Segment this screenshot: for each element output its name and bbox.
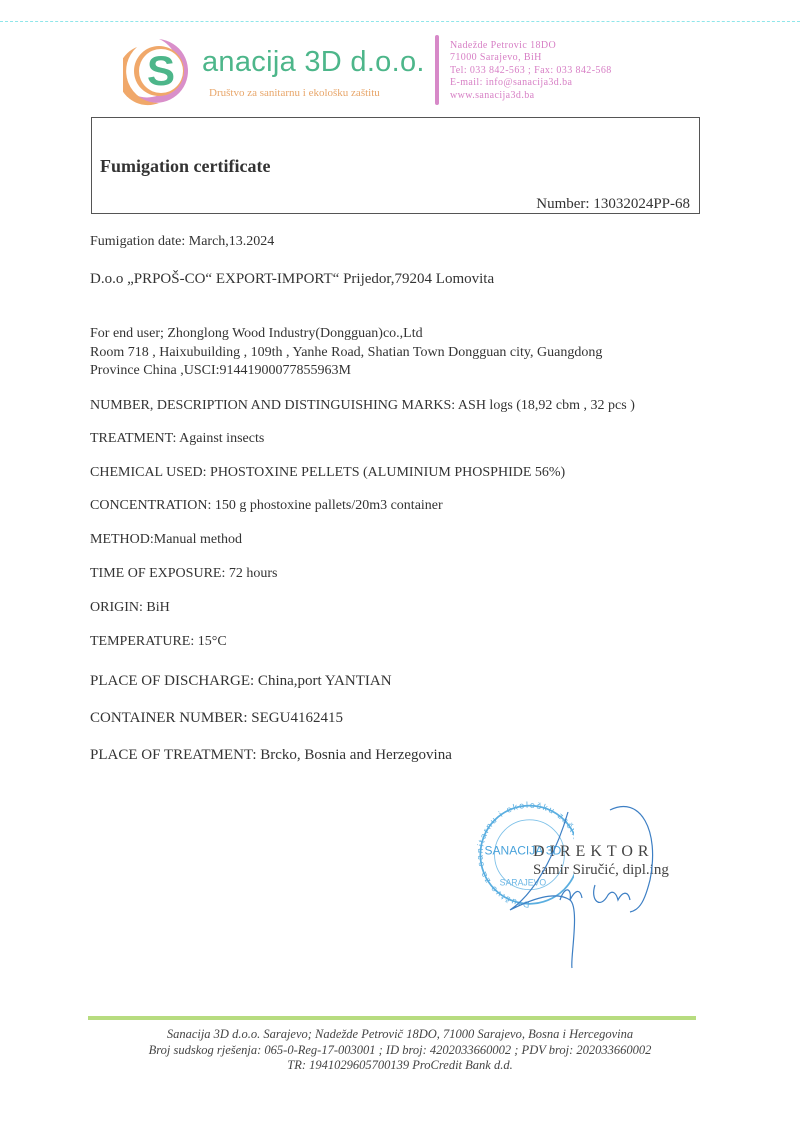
origin: ORIGIN: BiH <box>90 600 170 616</box>
concentration: CONCENTRATION: 150 g phostoxine pallets/… <box>90 498 443 514</box>
distinguishing-marks: NUMBER, DESCRIPTION AND DISTINGUISHING M… <box>90 398 635 414</box>
footer-bank: TR: 1941029605700139 ProCredit Bank d.d. <box>80 1058 720 1074</box>
exporter: D.o.o „PRPOŠ-CO“ EXPORT-IMPORT“ Prijedor… <box>90 271 494 288</box>
treatment: TREATMENT: Against insects <box>90 431 264 447</box>
contact-email[interactable]: E-mail: info@sanacija3d.ba <box>450 77 612 89</box>
contact-divider <box>435 35 439 105</box>
certificate-header-box: Fumigation certificate Number: 13032024P… <box>91 117 700 214</box>
place-of-treatment: PLACE OF TREATMENT: Brcko, Bosnia and He… <box>90 747 452 764</box>
footer-divider <box>88 1016 696 1020</box>
footer-registration: Broj sudskog rješenja: 065-0-Reg-17-0030… <box>80 1043 720 1059</box>
end-user-name: For end user; Zhonglong Wood Industry(Do… <box>90 325 602 344</box>
svg-text:S: S <box>147 47 175 94</box>
company-tagline: Društvo za sanitarnu i ekološku zaštitu <box>209 87 380 99</box>
contact-phone: Tel: 033 842-563 ; Fax: 033 842-568 <box>450 65 612 77</box>
signatory-title: DIREKTOR <box>533 843 654 861</box>
contact-address: Nadežde Petrovic 18DO <box>450 40 612 52</box>
chemical-used: CHEMICAL USED: PHOSTOXINE PELLETS (ALUMI… <box>90 465 565 481</box>
signatory-name: Samir Siručić, dipl.ing <box>533 862 669 879</box>
container-number: CONTAINER NUMBER: SEGU4162415 <box>90 710 343 727</box>
certificate-title: Fumigation certificate <box>100 156 270 177</box>
contact-block: Nadežde Petrovic 18DO 71000 Sarajevo, Bi… <box>450 40 612 102</box>
footer-address: Sanacija 3D d.o.o. Sarajevo; Nadežde Pet… <box>80 1027 720 1043</box>
company-name: anacija 3D d.o.o. <box>202 46 425 79</box>
end-user-block: For end user; Zhonglong Wood Industry(Do… <box>90 325 602 381</box>
time-of-exposure: TIME OF EXPOSURE: 72 hours <box>90 566 277 582</box>
certificate-number: Number: 13032024PP-68 <box>536 196 690 213</box>
end-user-usci: Province China ,USCI:91441900077855963M <box>90 362 602 381</box>
logo-s-icon: S <box>123 35 195 107</box>
fumigation-date: Fumigation date: March,13.2024 <box>90 234 274 250</box>
method: METHOD:Manual method <box>90 532 242 548</box>
place-of-discharge: PLACE OF DISCHARGE: China,port YANTIAN <box>90 673 392 690</box>
contact-city: 71000 Sarajevo, BiH <box>450 52 612 64</box>
temperature: TEMPERATURE: 15°C <box>90 634 227 650</box>
top-scan-line <box>0 21 800 22</box>
footer: Sanacija 3D d.o.o. Sarajevo; Nadežde Pet… <box>80 1027 720 1074</box>
contact-website[interactable]: www.sanacija3d.ba <box>450 90 612 102</box>
company-logo: S anacija 3D d.o.o. Društvo za sanitarnu… <box>120 33 420 108</box>
end-user-address: Room 718 , Haixubuilding , 109th , Yanhe… <box>90 344 602 363</box>
